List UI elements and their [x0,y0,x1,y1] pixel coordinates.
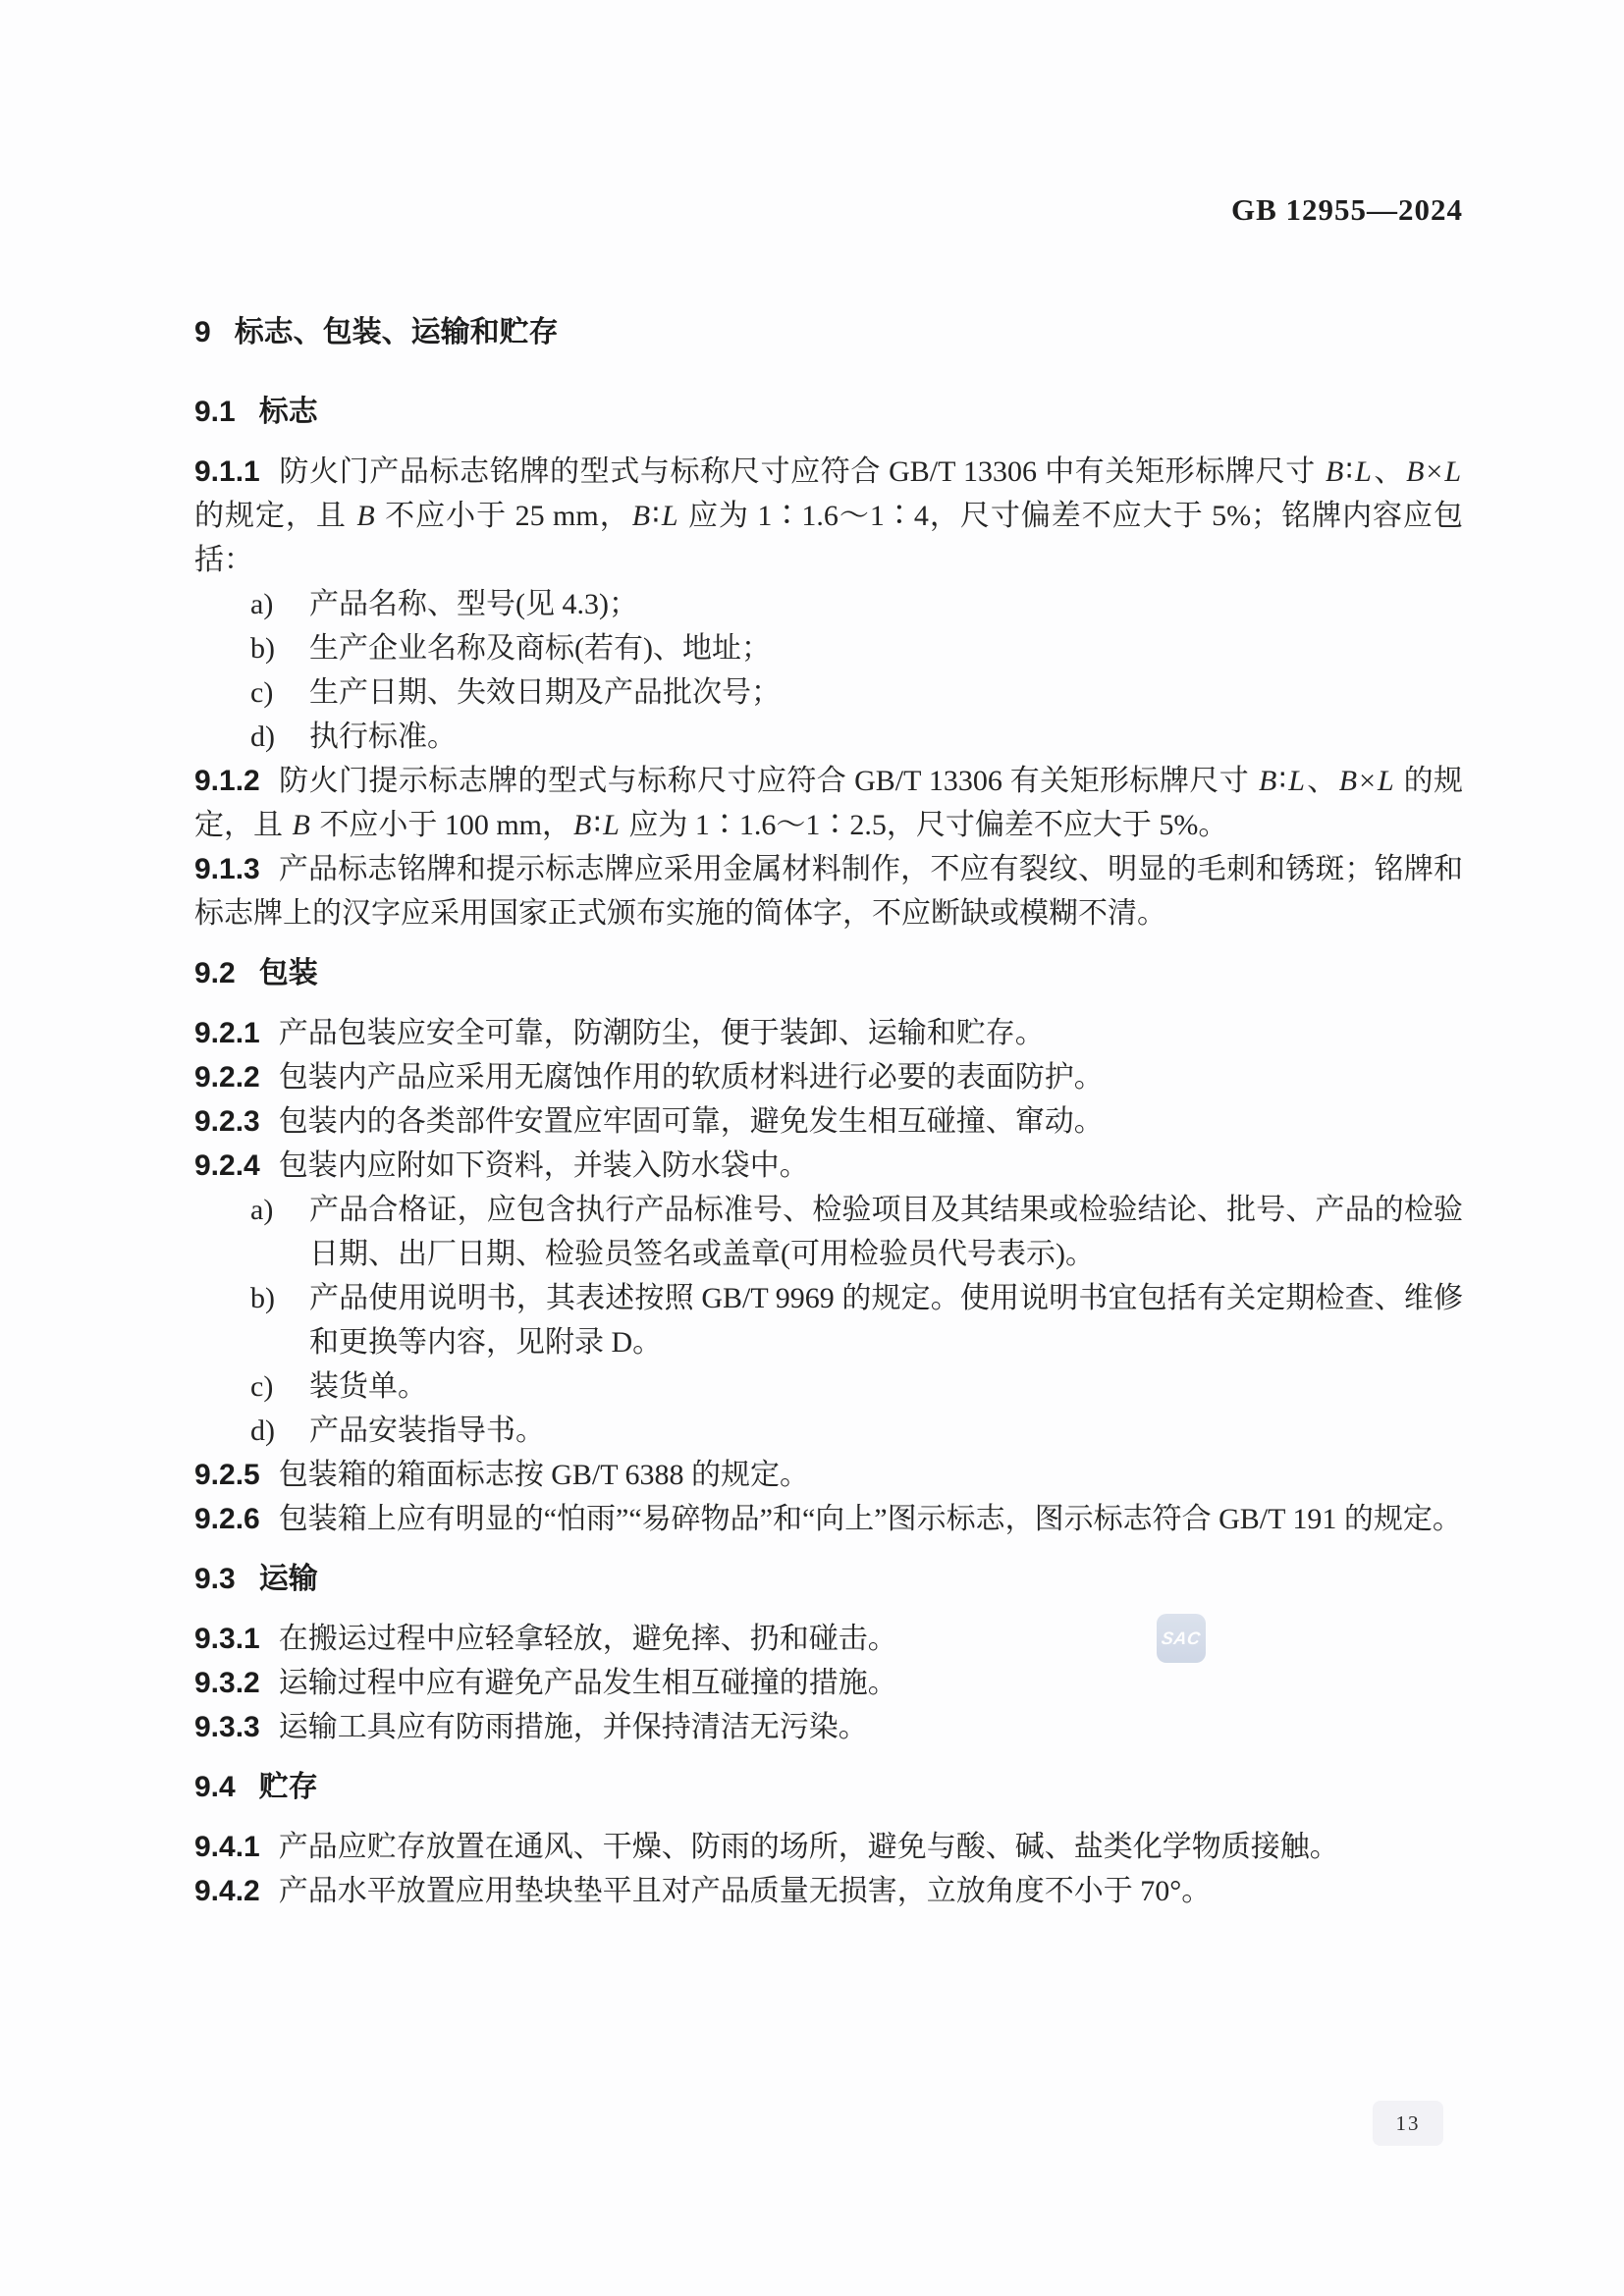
math-variable: L [1442,455,1463,488]
page-number-box: 13 [1373,2101,1443,2146]
math-variable: L [601,809,622,841]
clause-number: 9.4.1 [194,1831,260,1863]
list-item-marker: b) [250,626,275,670]
math-variable: B [354,500,376,532]
clause-number: 9.2.5 [194,1459,260,1491]
header-doc-code: GB 12955—2024 [1100,192,1463,228]
text-run: 产品应贮存放置在通风、干燥、防雨的场所，避免与酸、碱、盐类化学物质接触。 [279,1831,1339,1863]
section-heading-number: 9.2 [194,951,236,995]
clause-number: 9.2.2 [194,1061,260,1094]
math-variable: B [571,809,593,841]
text-run: 产品合格证，应包含执行产品标准号、检验项目及其结果或检验结论、批号、产品的检验日… [309,1194,1463,1270]
text-run: ∶ [652,500,660,532]
clause-number: 9.3.1 [194,1623,260,1655]
text-run: ∶ [593,809,601,841]
sac-watermark: SAC [1157,1614,1206,1663]
text-run: 不应小于 100 mm， [312,809,571,841]
document-body: 9标志、包装、运输和贮存9.1标志9.1.1防火门产品标志铭牌的型式与标称尺寸应… [194,310,1463,1913]
list-item-text: 生产企业名称及商标(若有)、地址； [309,632,771,665]
list-item-marker: d) [250,1409,275,1453]
clause: 9.1.1防火门产品标志铭牌的型式与标称尺寸应符合 GB/T 13306 中有关… [194,450,1463,582]
text-run: ∶ [1345,455,1353,488]
section-heading: 9.3运输 [194,1557,1463,1601]
clause-number: 9.2.6 [194,1503,260,1535]
section-heading: 9.2包装 [194,951,1463,995]
clause: 9.2.5包装箱的箱面标志按 GB/T 6388 的规定。 [194,1453,1463,1497]
text-run: 防火门产品标志铭牌的型式与标称尺寸应符合 GB/T 13306 中有关矩形标牌尺… [279,455,1324,488]
clause-number: 9.1.1 [194,455,260,488]
list-item-text: 产品安装指导书。 [309,1415,545,1447]
clause: 9.2.3包装内的各类部件安置应牢固可靠，避免发生相互碰撞、窜动。 [194,1099,1463,1144]
text-run: 包装内的各类部件安置应牢固可靠，避免发生相互碰撞、窜动。 [279,1105,1104,1138]
section-heading-number: 9.1 [194,390,236,434]
list-item-text: 产品名称、型号(见 4.3)； [309,588,638,620]
list-item: a)产品合格证，应包含执行产品标准号、检验项目及其结果或检验结论、批号、产品的检… [194,1188,1463,1276]
text-run: 产品标志铭牌和提示标志牌应采用金属材料制作，不应有裂纹、明显的毛刺和锈斑；铭牌和… [194,853,1463,930]
text-run: 不应小于 25 mm， [377,500,630,532]
list-item-text: 执行标准。 [309,721,457,753]
math-variable: L [1286,765,1307,797]
text-run: 装货单。 [309,1370,427,1403]
clause: 9.4.1产品应贮存放置在通风、干燥、防雨的场所，避免与酸、碱、盐类化学物质接触… [194,1825,1463,1869]
list-item-text: 生产日期、失效日期及产品批次号； [309,676,781,709]
clause: 9.2.4包装内应附如下资料，并装入防水袋中。 [194,1144,1463,1188]
section-heading-title: 运输 [259,1563,318,1595]
list-item-text: 产品合格证，应包含执行产品标准号、检验项目及其结果或检验结论、批号、产品的检验日… [309,1194,1463,1270]
clause: 9.2.6包装箱上应有明显的“怕雨”“易碎物品”和“向上”图示标志，图示标志符合… [194,1497,1463,1541]
section-heading-number: 9.3 [194,1557,236,1601]
list-item: d)执行标准。 [194,715,1463,759]
text-run: 在搬运过程中应轻拿轻放，避免摔、扔和碰击。 [279,1623,897,1655]
list-item-marker: a) [250,1188,273,1232]
clause-number: 9.1.3 [194,853,260,885]
list-item: c)生产日期、失效日期及产品批次号； [194,670,1463,715]
text-run: 产品名称、型号(见 4.3)； [309,588,638,620]
list-item: c)装货单。 [194,1364,1463,1409]
section-heading: 9.4贮存 [194,1765,1463,1809]
clause: 9.2.1产品包装应安全可靠，防潮防尘，便于装卸、运输和贮存。 [194,1011,1463,1055]
clause: 9.2.2包装内产品应采用无腐蚀作用的软质材料进行必要的表面防护。 [194,1055,1463,1099]
clause: 9.3.1在搬运过程中应轻拿轻放，避免摔、扔和碰击。 [194,1617,1463,1661]
list-item-marker: c) [250,1364,273,1409]
list-item-marker: c) [250,670,273,715]
section-heading-title: 标志、包装、运输和贮存 [235,316,559,348]
clause-number: 9.3.2 [194,1667,260,1699]
text-run: 运输工具应有防雨措施，并保持清洁无污染。 [279,1711,868,1743]
list-item: b)生产企业名称及商标(若有)、地址； [194,626,1463,670]
clause-number: 9.4.2 [194,1875,260,1907]
section-heading-number: 9 [194,310,211,354]
clause: 9.4.2产品水平放置应用垫块垫平且对产品质量无损害，立放角度不小于 70°。 [194,1869,1463,1913]
clause-number: 9.2.4 [194,1149,260,1182]
section-heading-title: 标志 [259,396,318,428]
clause: 9.1.2防火门提示标志牌的型式与标称尺寸应符合 GB/T 13306 有关矩形… [194,759,1463,847]
text-run: × [1359,765,1376,797]
text-run: 应为 1∶1.6～1∶2.5，尺寸偏差不应大于 5%。 [622,809,1228,841]
list-item-marker: b) [250,1276,275,1320]
list-item-marker: d) [250,715,275,759]
list-item-text: 产品使用说明书，其表述按照 GB/T 9969 的规定。使用说明书宜包括有关定期… [309,1282,1463,1359]
math-variable: B [1337,765,1359,797]
text-run: 、 [1307,765,1337,797]
page-number: 13 [1396,2111,1421,2136]
text-run: 运输过程中应有避免产品发生相互碰撞的措施。 [279,1667,897,1699]
math-variable: B [1404,455,1426,488]
section-heading: 9.1标志 [194,390,1463,434]
text-run: 执行标准。 [309,721,457,753]
text-run: 生产企业名称及商标(若有)、地址； [309,632,771,665]
clause-number: 9.2.1 [194,1017,260,1049]
clause: 9.3.3运输工具应有防雨措施，并保持清洁无污染。 [194,1705,1463,1749]
math-variable: L [1353,455,1374,488]
math-variable: B [1257,765,1278,797]
text-run: 生产日期、失效日期及产品批次号； [309,676,781,709]
text-run: 包装箱的箱面标志按 GB/T 6388 的规定。 [279,1459,809,1491]
section-heading-number: 9.4 [194,1765,236,1809]
text-run: 包装箱上应有明显的“怕雨”“易碎物品”和“向上”图示标志，图示标志符合 GB/T… [279,1503,1462,1535]
math-variable: L [660,500,680,532]
text-run: 防火门提示标志牌的型式与标称尺寸应符合 GB/T 13306 有关矩形标牌尺寸 [279,765,1257,797]
math-variable: B [630,500,652,532]
text-run: 包装内产品应采用无腐蚀作用的软质材料进行必要的表面防护。 [279,1061,1104,1094]
text-run: 产品包装应安全可靠，防潮防尘，便于装卸、运输和贮存。 [279,1017,1045,1049]
clause: 9.3.2运输过程中应有避免产品发生相互碰撞的措施。 [194,1661,1463,1705]
list-item-text: 装货单。 [309,1370,427,1403]
section-heading-title: 贮存 [259,1771,318,1803]
math-variable: B [1324,455,1345,488]
text-run: 产品安装指导书。 [309,1415,545,1447]
text-run: 、 [1374,455,1404,488]
clause: 9.1.3产品标志铭牌和提示标志牌应采用金属材料制作，不应有裂纹、明显的毛刺和锈… [194,847,1463,935]
clause-number: 9.1.2 [194,765,260,797]
text-run: × [1426,455,1442,488]
list-item: d)产品安装指导书。 [194,1409,1463,1453]
clause-number: 9.3.3 [194,1711,260,1743]
document-page: GB 12955—2024 9标志、包装、运输和贮存9.1标志9.1.1防火门产… [0,0,1624,2296]
text-run: 产品水平放置应用垫块垫平且对产品质量无损害，立放角度不小于 70°。 [279,1875,1212,1907]
list-item: b)产品使用说明书，其表述按照 GB/T 9969 的规定。使用说明书宜包括有关… [194,1276,1463,1364]
sac-watermark-text: SAC [1161,1629,1202,1649]
list-item-marker: a) [250,582,273,626]
list-item: a)产品名称、型号(见 4.3)； [194,582,1463,626]
section-heading: 9标志、包装、运输和贮存 [194,310,1463,354]
text-run: 的规定，且 [194,500,354,532]
math-variable: L [1376,765,1396,797]
math-variable: B [291,809,312,841]
section-heading-title: 包装 [259,957,318,989]
clause-number: 9.2.3 [194,1105,260,1138]
text-run: 包装内应附如下资料，并装入防水袋中。 [279,1149,809,1182]
text-run: 产品使用说明书，其表述按照 GB/T 9969 的规定。使用说明书宜包括有关定期… [309,1282,1463,1359]
